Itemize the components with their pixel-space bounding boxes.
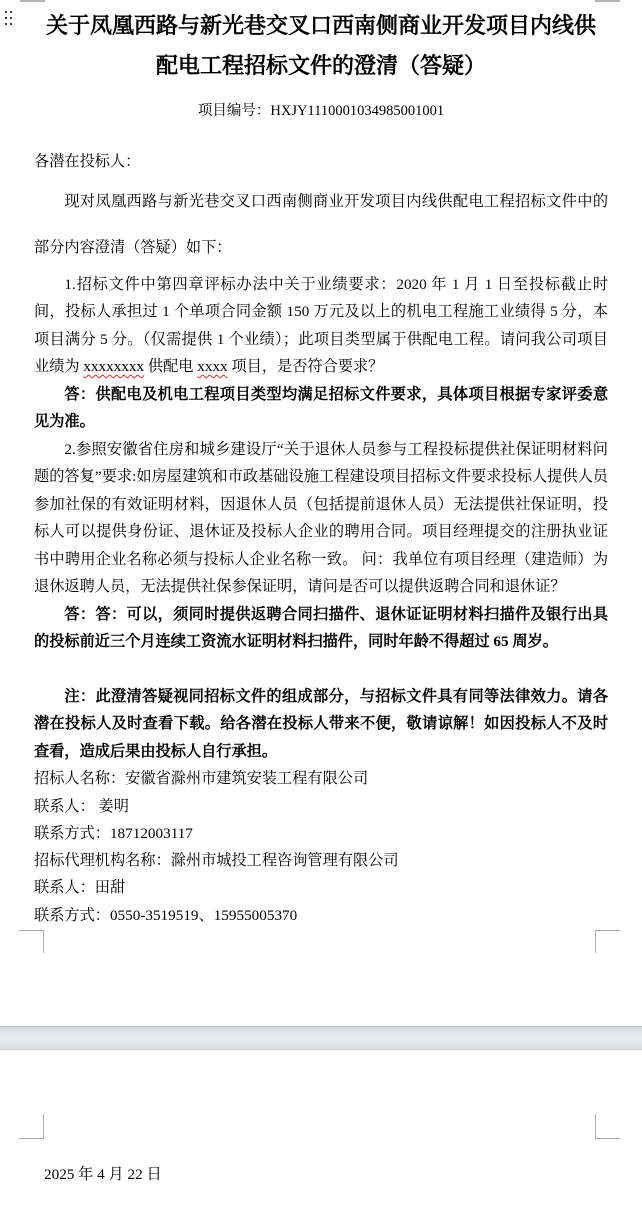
contact-block: 招标人名称：安徽省滁州市建筑安装工程有限公司 联系人： 姜明 联系方式：1871…: [34, 765, 608, 929]
salutation: 各潜在投标人：: [34, 149, 608, 175]
text-boundary-mark-top-left: [19, 1114, 44, 1139]
text-boundary-mark-bottom-right: [595, 930, 620, 953]
document-page-1[interactable]: 关于凤凰西路与新光巷交叉口西南侧商业开发项目内线供 配电工程招标文件的澄清（答疑…: [0, 0, 642, 1026]
document-title: 关于凤凰西路与新光巷交叉口西南侧商业开发项目内线供 配电工程招标文件的澄清（答疑…: [34, 6, 608, 86]
question-1-paragraph: 1.招标文件中第四章评标办法中关于业绩要求：2020 年 1 月 1 日至投标截…: [34, 271, 608, 381]
document-title-line1: 关于凤凰西路与新光巷交叉口西南侧商业开发项目内线供: [34, 6, 608, 46]
question-1-text-c: 项目，是否符合要求？: [228, 358, 384, 375]
tenderer-name-line: 招标人名称：安徽省滁州市建筑安装工程有限公司: [34, 765, 608, 792]
spellcheck-word: xxxx: [197, 358, 227, 375]
project-number: 项目编号：HXJY1110001034985001001: [34, 101, 608, 121]
tenderer-contact-person-line: 联系人： 姜明: [34, 793, 608, 820]
tenderer-phone-line: 联系方式：18712003117: [34, 820, 608, 847]
question-2-paragraph: 2.参照安徽省住房和城乡建设厅“关于退休人员参与工程投标提供社保证明材料问题的答…: [34, 436, 608, 601]
document-page-2[interactable]: 2025 年 4 月 22 日: [0, 1050, 642, 1209]
spellcheck-word: xxxxxxxx: [83, 358, 144, 375]
intro-paragraph: 现对凤凰西路与新光巷交叉口西南侧商业开发项目内线供配电工程招标文件中的部分内容澄…: [34, 179, 608, 271]
question-1-text-b: 供配电: [144, 358, 197, 375]
agency-phone-line: 联系方式：0550-3519519、15955005370: [34, 902, 608, 929]
drag-handle-icon: [5, 11, 15, 29]
text-boundary-mark-top-right: [595, 1114, 620, 1139]
date-line: 2025 年 4 月 22 日: [44, 1164, 162, 1186]
clarification-body: 1.招标文件中第四章评标办法中关于业绩要求：2020 年 1 月 1 日至投标截…: [34, 271, 608, 766]
document-title-line2: 配电工程招标文件的澄清（答疑）: [34, 46, 608, 86]
page1-content: 关于凤凰西路与新光巷交叉口西南侧商业开发项目内线供 配电工程招标文件的澄清（答疑…: [34, 0, 608, 929]
answer-2-paragraph: 答：答：可以，须同时提供返聘合同扫描件、退休证证明材料扫描件及银行出具的投标前近…: [34, 601, 608, 656]
note-paragraph: 注：此澄清答疑视同招标文件的组成部分，与招标文件具有同等法律效力。请各潜在投标人…: [34, 683, 608, 766]
agency-contact-person-line: 联系人：田甜: [34, 874, 608, 901]
blank-line: [34, 656, 608, 683]
page-separator: [0, 1026, 642, 1050]
text-boundary-mark-bottom-left: [19, 930, 44, 953]
answer-1-paragraph: 答：供配电及机电工程项目类型均满足招标文件要求，具体项目根据专家评委意见为准。: [34, 381, 608, 436]
agency-name-line: 招标代理机构名称：滁州市城投工程咨询管理有限公司: [34, 847, 608, 874]
